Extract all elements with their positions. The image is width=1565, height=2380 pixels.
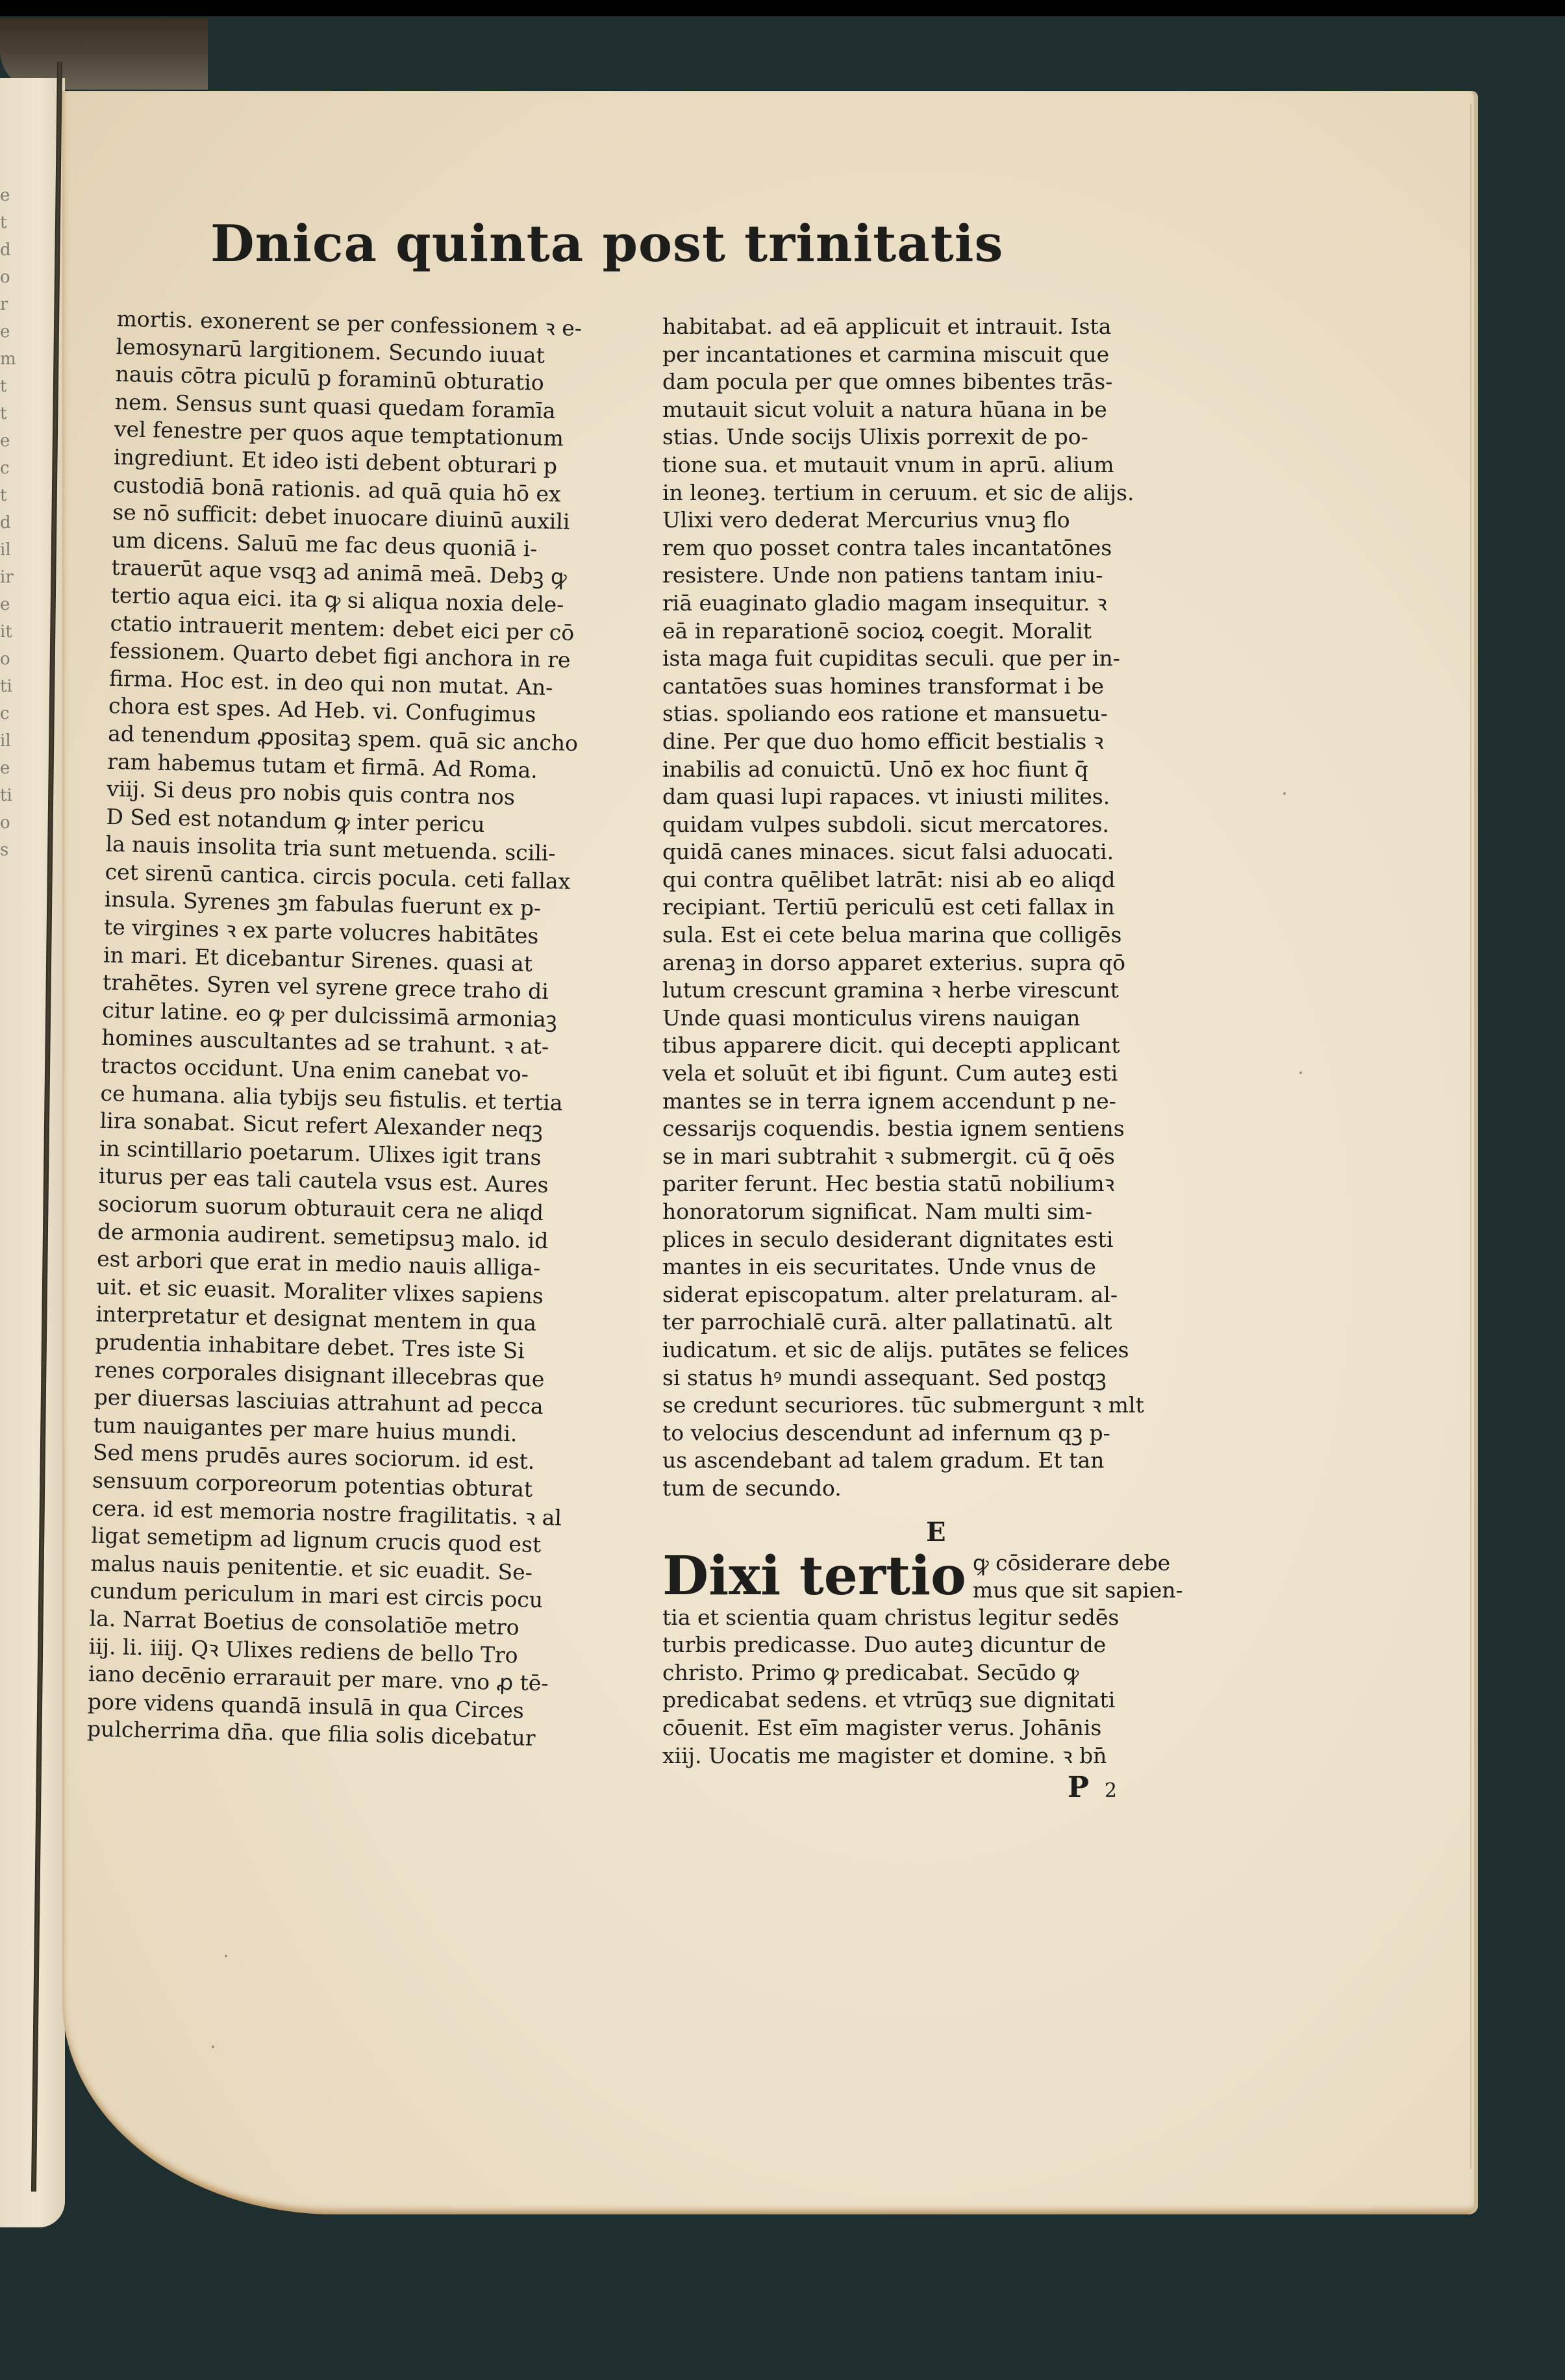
text-line: christo. Primo ꝙ predicabat. Secūdo ꝙ (662, 1659, 1201, 1687)
text-line: dam quasi lupi rapaces. vt iniusti milit… (662, 783, 1201, 811)
text-line: tum de secundo. (662, 1475, 1201, 1503)
text-line: lutum crescunt gramina ꝛ herbe virescunt (662, 977, 1201, 1005)
paper-speck (212, 2046, 214, 2048)
text-line: se in mari subtrahit ꝛ submergit. cū q̄ … (662, 1143, 1201, 1171)
text-line: tione sua. et mutauit vnum in aprū. aliu… (662, 451, 1201, 479)
text-line: cōuenit. Est eīm magister verus. Johānis (662, 1714, 1201, 1742)
signature-letter: P (1068, 1771, 1089, 1804)
text-line: siderat episcopatum. alter prelaturam. a… (662, 1281, 1201, 1309)
signature-mark: P2 (662, 1770, 1201, 1809)
text-line: predicabat sedens. et vtrūqꝫ sue dignita… (662, 1686, 1201, 1714)
page-edge-fold (1470, 104, 1475, 2169)
text-line: mantes se in terra ignem accendunt p ne- (662, 1088, 1201, 1116)
text-line: cessarijs coquendis. bestia ignem sentie… (662, 1115, 1201, 1143)
paper-speck (225, 1955, 227, 1957)
text-line: mantes in eis securitates. Unde vnus de (662, 1253, 1201, 1281)
text-line: qui contra quēlibet latrāt: nisi ab eo a… (662, 866, 1201, 894)
text-line: honoratorum significat. Nam multi sim- (662, 1198, 1201, 1226)
heading-side-line: mus que sit sapien- (973, 1577, 1183, 1604)
text-line: dam pocula per que omnes bibentes trās- (662, 368, 1201, 396)
text-line: si status hꝰ mundi assequant. Sed postqꝫ (662, 1364, 1201, 1392)
heading-side-line: ꝙ cōsiderare debe (973, 1549, 1183, 1577)
text-line: Unde quasi monticulus virens nauigan (662, 1005, 1201, 1033)
text-line: in leoneꝫ. tertium in ceruum. et sic de … (662, 479, 1201, 507)
text-line: pariter ferunt. Hec bestia statū nobiliu… (662, 1170, 1201, 1198)
text-line: tia et scientia quam christus legitur se… (662, 1604, 1201, 1632)
paper-speck (1283, 792, 1286, 795)
text-line: eā in reparationē socioꝝ coegit. Moralit (662, 618, 1201, 645)
right-column-lines: habitabat. ad eā applicuit et intrauit. … (662, 313, 1201, 1503)
text-line: cantatōes suas homines transformat i be (662, 673, 1201, 701)
text-line: to velocius descendunt ad infernum qꝫ p- (662, 1420, 1201, 1447)
text-line: turbis predicasse. Duo auteꝫ dicuntur de (662, 1631, 1201, 1659)
text-line: inabilis ad conuictū. Unō ex hoc fiunt q… (662, 756, 1201, 784)
section-heading-side-text: ꝙ cōsiderare debe mus que sit sapien- (973, 1549, 1183, 1604)
text-line: resistere. Unde non patiens tantam iniu- (662, 562, 1201, 590)
right-column: habitabat. ad eā applicuit et intrauit. … (662, 313, 1201, 1809)
text-line: ista maga fuit cupiditas seculi. que per… (662, 645, 1201, 673)
text-line: quidam vulpes subdoli. sicut mercatores. (662, 811, 1201, 839)
text-line: recipiant. Tertiū periculū est ceti fall… (662, 894, 1201, 921)
text-line: tibus apparere dicit. qui decepti applic… (662, 1032, 1201, 1060)
running-head: Dnica quinta post trinitatis (210, 214, 1003, 273)
section-marker: E (662, 1517, 1201, 1548)
text-line: per incantationes et carmina miscuit que (662, 341, 1201, 369)
text-line: sula. Est ei cete belua marina que colli… (662, 921, 1201, 949)
book-page: Dnica quinta post trinitatis mortis. exo… (62, 91, 1478, 2214)
signature-number: 2 (1105, 1779, 1117, 1802)
text-line: dine. Per que duo homo efficit bestialis… (662, 728, 1201, 756)
text-line: us ascendebant ad talem gradum. Et tan (662, 1447, 1201, 1475)
text-line: stias. Unde socijs Ulixis porrexit de po… (662, 423, 1201, 451)
section-heading-block: Dixi tertio ꝙ cōsiderare debe mus que si… (662, 1548, 1201, 1604)
text-line: stias. spoliando eos ratione et mansuetu… (662, 700, 1201, 728)
text-line: riā euaginato gladio magam insequitur. ꝛ (662, 590, 1201, 618)
left-column: mortis. exonerent se per confessionem ꝛ … (87, 305, 656, 1755)
text-line: xiij. Uocatis me magister et domine. ꝛ b… (662, 1742, 1201, 1770)
text-line: arenaꝫ in dorso apparet exterius. supra … (662, 949, 1201, 977)
text-line: iudicatum. et sic de alijs. putātes se f… (662, 1336, 1201, 1364)
text-line: quidā canes minaces. sicut falsi aduocat… (662, 838, 1201, 866)
text-line: habitabat. ad eā applicuit et intrauit. … (662, 313, 1201, 341)
section-body: tia et scientia quam christus legitur se… (662, 1604, 1201, 1770)
text-line: mutauit sicut voluit a natura hūana in b… (662, 396, 1201, 424)
text-line: Ulixi vero dederat Mercurius vnuꝫ flo (662, 507, 1201, 534)
text-line: plices in seculo desiderant dignitates e… (662, 1226, 1201, 1254)
text-line: ter parrochialē curā. alter pallatinatū.… (662, 1309, 1201, 1336)
paper-speck (1299, 1071, 1302, 1074)
section-heading: Dixi tertio (662, 1548, 966, 1604)
text-line: vela et soluūt et ibi figunt. Cum auteꝫ … (662, 1060, 1201, 1088)
facing-page-bleed-text: e t d o r e m t t e c t d il ir e it o t… (0, 182, 26, 864)
text-line: rem quo posset contra tales incantatōnes (662, 534, 1201, 562)
text-line: se credunt securiores. tūc submergunt ꝛ … (662, 1392, 1201, 1420)
